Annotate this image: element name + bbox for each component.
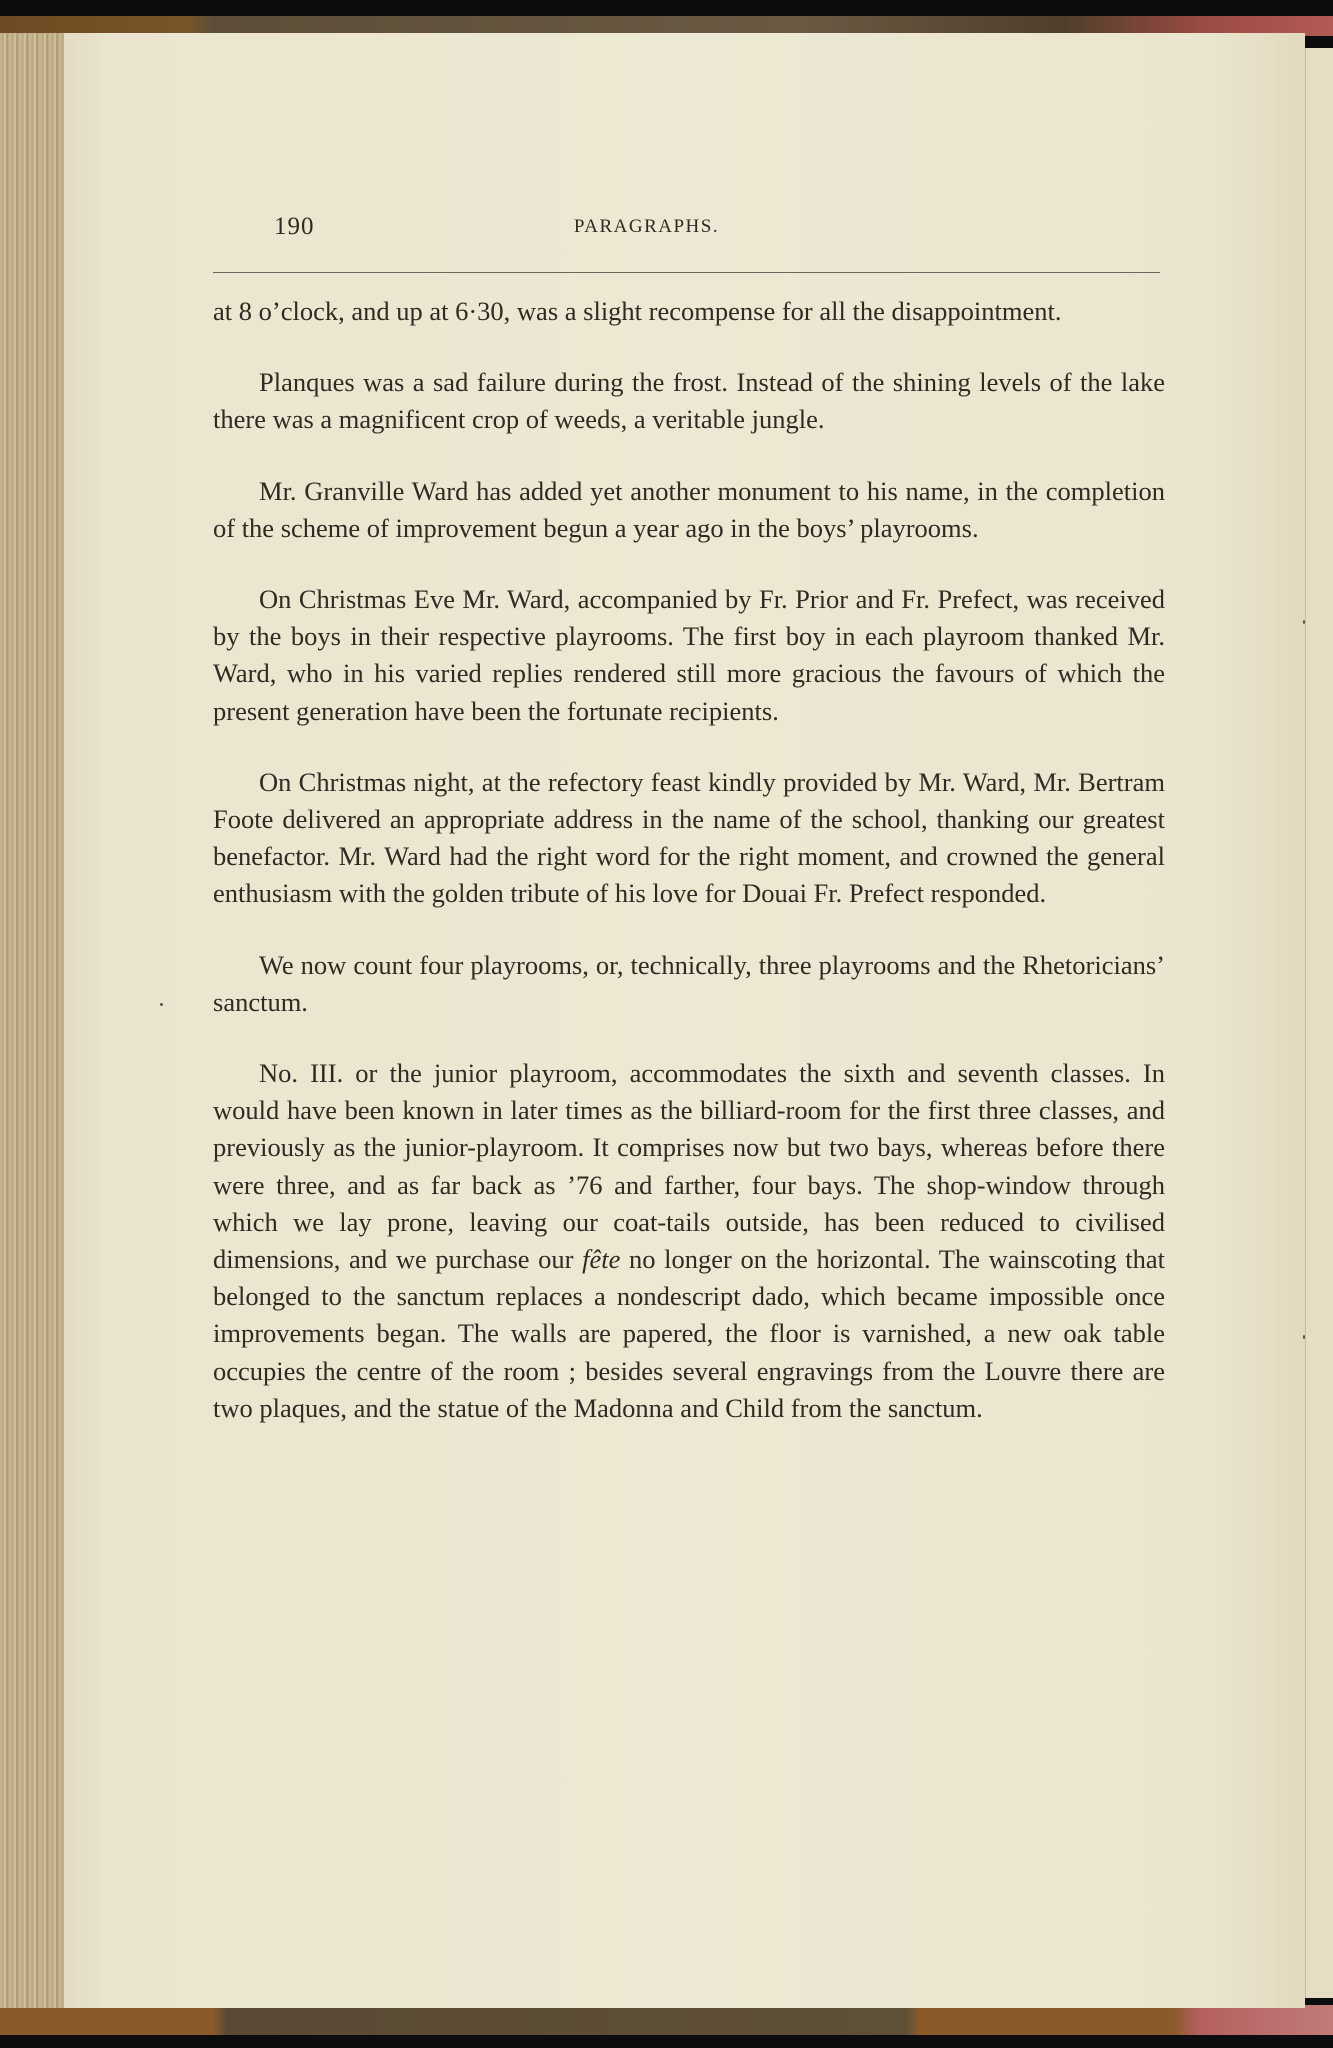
paragraph-planques: Planques was a sad failure during the fr… (213, 364, 1165, 438)
paper-speck (1303, 1335, 1305, 1339)
paper-speck (160, 1003, 163, 1006)
paper-speck (1303, 620, 1305, 624)
paragraph-granville-ward: Mr. Granville Ward has added yet another… (213, 473, 1165, 547)
paragraph-continued: at 8 o’clock, and up at 6·30, was a slig… (213, 293, 1165, 330)
italic-word: fête (582, 1244, 620, 1274)
paragraph-text-part: No. III. or the junior playroom, accommo… (213, 1058, 1165, 1274)
paragraph-playrooms-count: We now count four playrooms, or, technic… (213, 947, 1165, 1021)
next-page-leaf (1305, 48, 1333, 1998)
body-text: at 8 o’clock, and up at 6·30, was a slig… (213, 293, 1165, 1461)
paragraph-christmas-night: On Christmas night, at the refectory fea… (213, 764, 1165, 913)
running-head: 190 PARAGRAPHS. (274, 213, 1224, 253)
book-cover-bottom-edge (0, 2005, 1333, 2035)
running-head-title: PARAGRAPHS. (274, 216, 1019, 238)
paragraph-junior-playroom: No. III. or the junior playroom, accommo… (213, 1055, 1165, 1427)
paragraph-christmas-eve: On Christmas Eve Mr. Ward, accompanied b… (213, 581, 1165, 730)
stacked-page-edges (0, 33, 64, 2008)
header-rule (213, 272, 1160, 273)
